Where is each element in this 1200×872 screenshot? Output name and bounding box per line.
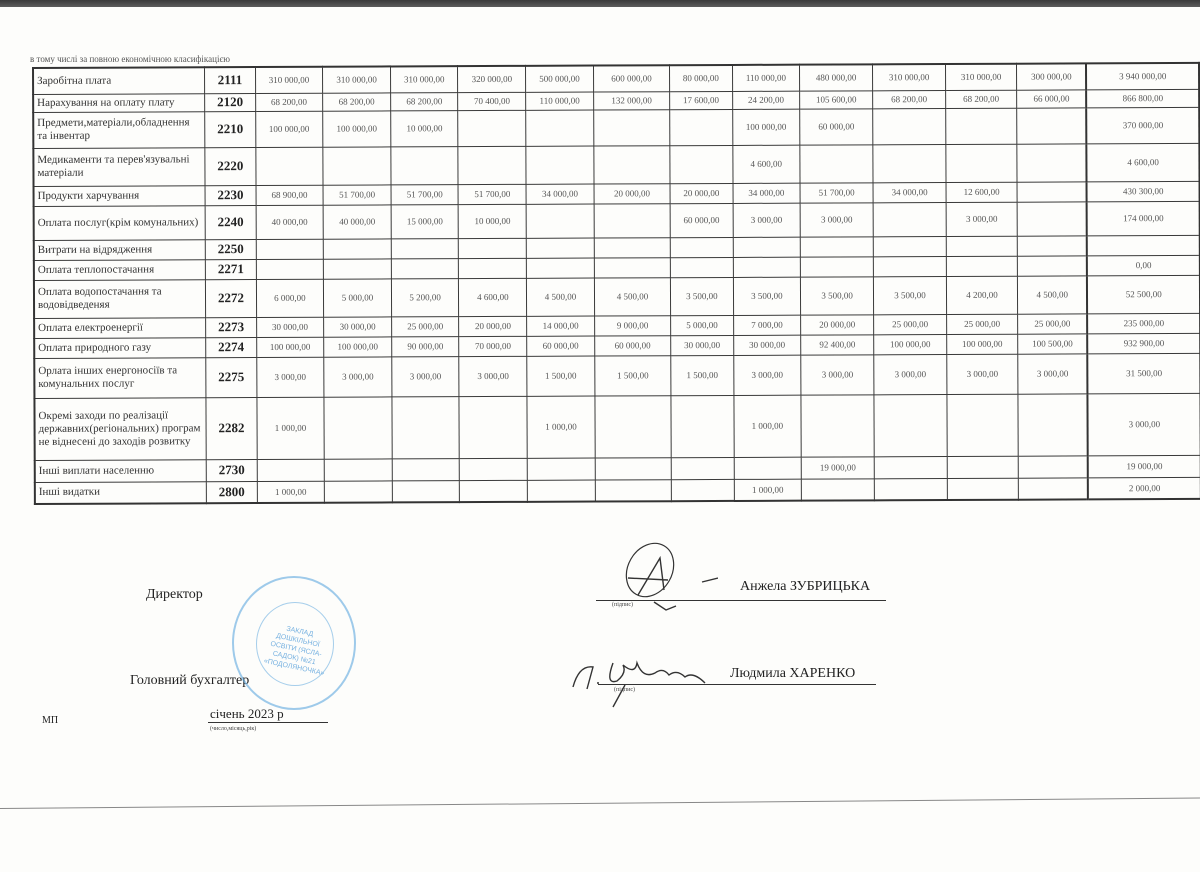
row-name: Нарахування на оплату плату (33, 93, 205, 112)
report-date: січень 2023 р (210, 706, 284, 722)
month-value-cell (458, 146, 526, 184)
month-value-cell: 132 000,00 (593, 91, 669, 109)
month-value-cell (325, 480, 393, 502)
month-value-cell (257, 459, 325, 481)
row-total: 31 500,00 (1088, 353, 1200, 393)
month-value-cell: 25 000,00 (391, 316, 459, 336)
row-code: 2282 (206, 397, 257, 459)
row-name: Предмети,матеріали,обладнення та інвента… (33, 111, 205, 148)
table-row: Інші видатки28001 000,001 000,002 000,00 (35, 477, 1200, 504)
month-value-cell: 68 200,00 (323, 92, 391, 110)
month-value-cell: 20 000,00 (594, 183, 670, 203)
table-subtitle: в тому числі за повною економічною класи… (30, 54, 230, 64)
month-value-cell: 500 000,00 (526, 66, 594, 92)
month-value-cell: 24 200,00 (732, 91, 800, 109)
month-value-cell: 68 200,00 (946, 90, 1017, 108)
row-name: Продукти харчування (34, 185, 206, 206)
month-value-cell: 310 000,00 (323, 66, 391, 92)
table-row: Окремі заходи по реалізації державних(ре… (34, 393, 1200, 460)
month-value-cell: 60 000,00 (800, 108, 873, 144)
month-value-cell: 1 500,00 (595, 355, 672, 395)
row-total: 4 600,00 (1087, 143, 1200, 181)
month-value-cell (593, 109, 670, 145)
month-value-cell: 3 500,00 (801, 276, 874, 314)
month-value-cell: 1 000,00 (733, 395, 801, 457)
row-total: 235 000,00 (1088, 313, 1200, 333)
month-value-cell: 310 000,00 (945, 64, 1016, 90)
month-value-cell: 60 000,00 (670, 203, 733, 237)
month-value-cell (595, 457, 671, 479)
month-value-cell: 6 000,00 (256, 279, 324, 317)
month-value-cell: 34 000,00 (873, 182, 946, 202)
month-value-cell (1017, 201, 1087, 235)
row-code: 2250 (206, 239, 256, 259)
stamp-inner-ring: ЗАКЛАД ДОШКІЛЬНОЇ ОСВІТИ (ЯСЛА-САДОК) №2… (256, 602, 334, 686)
month-value-cell (526, 146, 594, 184)
month-value-cell: 3 000,00 (733, 355, 801, 395)
row-code: 2275 (206, 357, 256, 397)
month-value-cell: 30 000,00 (733, 335, 801, 355)
month-value-cell (946, 256, 1017, 276)
row-name: Заробітна плата (33, 67, 205, 94)
row-total: 52 500,00 (1087, 275, 1200, 313)
month-value-cell: 3 000,00 (1018, 353, 1088, 393)
month-value-cell (256, 259, 324, 279)
month-value-cell: 100 000,00 (732, 109, 800, 145)
month-value-cell: 3 000,00 (947, 354, 1018, 394)
month-value-cell: 1 500,00 (671, 355, 734, 395)
month-value-cell: 25 000,00 (1018, 313, 1088, 333)
month-value-cell: 100 500,00 (1018, 333, 1088, 353)
month-value-cell (671, 457, 733, 479)
row-name: Окремі заходи по реалізації державних(ре… (34, 397, 206, 460)
month-value-cell: 90 000,00 (392, 336, 460, 356)
month-value-cell: 66 000,00 (1017, 89, 1087, 107)
month-value-cell (946, 108, 1017, 144)
director-title: Директор (146, 587, 203, 603)
month-value-cell: 30 000,00 (324, 316, 392, 336)
month-value-cell (391, 258, 459, 278)
month-value-cell: 80 000,00 (670, 65, 732, 91)
row-name: Оплата електроенергії (34, 317, 206, 338)
month-value-cell: 4 200,00 (946, 276, 1017, 314)
row-name: Інші видатки (35, 481, 207, 504)
month-value-cell: 100 000,00 (323, 110, 391, 146)
month-value-cell: 1 000,00 (734, 479, 802, 501)
table-row: Медикаменти та перев'язувальні матеріали… (33, 143, 1199, 186)
month-value-cell (1017, 143, 1087, 181)
month-value-cell (256, 239, 324, 259)
month-value-cell: 60 000,00 (594, 335, 670, 355)
row-total: 932 900,00 (1088, 333, 1200, 353)
month-value-cell: 25 000,00 (874, 314, 947, 334)
row-name: Інші виплати населенню (35, 459, 207, 482)
month-value-cell (594, 203, 671, 237)
table-row: Оплата послуг(крім комунальних)224040 00… (34, 201, 1200, 240)
month-value-cell: 1 500,00 (527, 356, 595, 396)
month-value-cell: 310 000,00 (873, 64, 946, 90)
row-code: 2274 (206, 337, 256, 357)
row-total: 3 940 000,00 (1086, 63, 1199, 89)
month-value-cell: 100 000,00 (256, 337, 324, 357)
month-value-cell (800, 144, 873, 182)
month-value-cell: 15 000,00 (391, 204, 459, 238)
month-value-cell: 4 500,00 (527, 278, 595, 316)
month-value-cell: 12 600,00 (946, 182, 1017, 202)
month-value-cell: 100 000,00 (324, 336, 392, 356)
month-value-cell: 1 000,00 (527, 396, 595, 458)
month-value-cell: 5 200,00 (391, 278, 459, 316)
row-code: 2240 (205, 205, 255, 239)
month-value-cell (1017, 255, 1087, 275)
accountant-title: Головний бухгалтер (130, 673, 249, 689)
director-name: Анжела ЗУБРИЦЬКА (740, 579, 870, 595)
month-value-cell: 4 600,00 (732, 145, 800, 183)
month-value-cell: 100 000,00 (255, 111, 323, 147)
month-value-cell (391, 146, 459, 184)
director-sig-caption: (підпис) (612, 602, 633, 608)
month-value-cell: 25 000,00 (947, 314, 1018, 334)
month-value-cell: 30 000,00 (671, 335, 733, 355)
month-value-cell (874, 456, 947, 478)
month-value-cell (1018, 393, 1088, 455)
month-value-cell: 100 000,00 (874, 334, 947, 354)
month-value-cell: 20 000,00 (670, 183, 732, 203)
month-value-cell (392, 480, 460, 502)
month-value-cell: 3 000,00 (324, 356, 392, 396)
row-name: Оплата теплопостачання (34, 259, 206, 280)
month-value-cell (671, 395, 734, 457)
month-value-cell: 19 000,00 (801, 456, 874, 478)
month-value-cell (946, 144, 1017, 182)
budget-table: Заробітна плата2111310 000,00310 000,003… (32, 62, 1200, 505)
month-value-cell: 110 000,00 (732, 65, 800, 91)
month-value-cell (733, 257, 801, 277)
month-value-cell (594, 257, 670, 277)
row-code: 2220 (205, 147, 255, 185)
month-value-cell (594, 237, 670, 257)
row-name: Оплата водопостачання та водовідведеняя (34, 279, 206, 318)
month-value-cell: 600 000,00 (593, 65, 670, 91)
month-value-cell: 20 000,00 (459, 316, 527, 336)
month-value-cell: 3 000,00 (801, 354, 874, 394)
month-value-cell (1018, 477, 1088, 499)
month-value-cell: 70 400,00 (458, 92, 526, 110)
month-value-cell: 5 000,00 (671, 315, 733, 335)
month-value-cell: 51 700,00 (458, 184, 526, 204)
month-value-cell: 5 000,00 (324, 278, 392, 316)
month-value-cell (800, 236, 873, 256)
row-total: 370 000,00 (1087, 107, 1200, 143)
accountant-signature (565, 645, 715, 710)
month-value-cell (526, 258, 594, 278)
month-value-cell (526, 238, 594, 258)
month-value-cell: 100 000,00 (947, 334, 1018, 354)
month-value-cell: 68 200,00 (390, 92, 458, 110)
month-value-cell: 3 500,00 (733, 277, 801, 315)
month-value-cell (801, 394, 874, 456)
month-value-cell (947, 394, 1018, 456)
month-value-cell (595, 479, 671, 501)
table-row: Оплата водопостачання та водовідведеняя2… (34, 275, 1200, 318)
month-value-cell: 20 000,00 (801, 314, 874, 334)
month-value-cell: 51 700,00 (323, 184, 391, 204)
month-value-cell (324, 396, 392, 458)
month-value-cell (458, 110, 526, 146)
month-value-cell (526, 110, 594, 146)
month-value-cell: 4 500,00 (1018, 275, 1088, 313)
month-value-cell (670, 145, 733, 183)
month-value-cell: 40 000,00 (323, 204, 391, 238)
month-value-cell (874, 478, 947, 500)
date-line (208, 722, 328, 723)
month-value-cell (947, 456, 1018, 478)
month-value-cell: 14 000,00 (527, 316, 595, 336)
month-value-cell: 60 000,00 (527, 336, 595, 356)
month-value-cell: 300 000,00 (1017, 63, 1087, 89)
month-value-cell (1017, 181, 1087, 201)
month-value-cell: 10 000,00 (459, 204, 527, 238)
mp-label: МП (42, 715, 58, 726)
month-value-cell (873, 236, 946, 256)
month-value-cell: 68 900,00 (256, 185, 324, 205)
month-value-cell: 320 000,00 (458, 66, 526, 92)
accountant-sig-line (598, 684, 876, 685)
month-value-cell (733, 237, 801, 257)
month-value-cell (459, 238, 527, 258)
month-value-cell: 7 000,00 (733, 315, 801, 335)
row-code: 2210 (205, 111, 255, 147)
month-value-cell (324, 458, 392, 480)
month-value-cell (801, 256, 874, 276)
month-value-cell: 17 600,00 (670, 91, 732, 109)
month-value-cell: 3 000,00 (256, 357, 324, 397)
month-value-cell: 110 000,00 (526, 92, 594, 110)
month-value-cell (527, 480, 595, 502)
month-value-cell: 310 000,00 (390, 66, 458, 92)
month-value-cell: 1 000,00 (257, 397, 325, 459)
month-value-cell (1017, 107, 1087, 143)
row-code: 2800 (207, 481, 257, 503)
month-value-cell (392, 396, 460, 458)
month-value-cell: 3 500,00 (671, 277, 734, 315)
row-code: 2273 (206, 317, 256, 337)
month-value-cell (595, 395, 672, 457)
row-total: 174 000,00 (1087, 201, 1200, 235)
month-value-cell (526, 204, 594, 238)
official-stamp: ЗАКЛАД ДОШКІЛЬНОЇ ОСВІТИ (ЯСЛА-САДОК) №2… (232, 576, 356, 710)
table-row: Орлата інших енергоносіїв та комунальних… (34, 353, 1200, 398)
month-value-cell: 10 000,00 (391, 110, 459, 146)
director-signature (598, 540, 718, 620)
month-value-cell (323, 238, 391, 258)
month-value-cell (459, 396, 527, 458)
month-value-cell (670, 109, 733, 145)
month-value-cell (392, 458, 460, 480)
month-value-cell (391, 238, 459, 258)
row-name: Оплата природного газу (34, 337, 206, 358)
row-code: 2230 (205, 185, 255, 205)
row-total (1087, 235, 1200, 255)
month-value-cell (1018, 455, 1088, 477)
month-value-cell: 4 500,00 (594, 277, 671, 315)
month-value-cell (527, 458, 595, 480)
row-name: Витрати на відрядження (34, 239, 206, 260)
row-total: 866 800,00 (1087, 89, 1200, 107)
month-value-cell: 480 000,00 (800, 64, 873, 90)
month-value-cell: 3 000,00 (733, 203, 801, 237)
month-value-cell (323, 146, 391, 184)
month-value-cell: 68 200,00 (255, 93, 323, 111)
row-code: 2730 (207, 459, 257, 481)
month-value-cell: 105 600,00 (800, 90, 873, 108)
row-name: Оплата послуг(крім комунальних) (34, 205, 206, 240)
month-value-cell (459, 258, 527, 278)
month-value-cell (874, 394, 947, 456)
month-value-cell (873, 108, 946, 144)
row-total: 430 300,00 (1087, 181, 1200, 201)
row-code: 2120 (205, 93, 255, 111)
month-value-cell (1017, 235, 1087, 255)
accountant-sig-caption: (підпис) (614, 687, 635, 693)
row-total: 19 000,00 (1088, 455, 1200, 477)
row-total: 0,00 (1087, 255, 1200, 275)
month-value-cell (460, 458, 528, 480)
month-value-cell (460, 480, 528, 502)
scan-bottom-line (0, 798, 1200, 809)
row-total: 2 000,00 (1088, 477, 1200, 499)
month-value-cell: 3 000,00 (459, 356, 527, 396)
row-name: Медикаменти та перев'язувальні матеріали (33, 147, 205, 186)
row-total: 3 000,00 (1088, 393, 1200, 455)
stamp-text: ЗАКЛАД ДОШКІЛЬНОЇ ОСВІТИ (ЯСЛА-САДОК) №2… (263, 621, 329, 677)
month-value-cell: 3 000,00 (800, 202, 873, 236)
month-value-cell: 9 000,00 (594, 315, 670, 335)
month-value-cell: 3 000,00 (874, 354, 947, 394)
month-value-cell: 1 000,00 (257, 481, 325, 503)
month-value-cell: 40 000,00 (256, 205, 324, 239)
month-value-cell: 68 200,00 (873, 90, 946, 108)
month-value-cell: 3 000,00 (392, 356, 460, 396)
row-code: 2272 (206, 279, 256, 317)
date-caption: (число,місяць,рік) (210, 726, 256, 732)
row-code: 2111 (205, 67, 255, 93)
month-value-cell (873, 144, 946, 182)
month-value-cell (670, 237, 732, 257)
month-value-cell: 34 000,00 (733, 183, 801, 203)
month-value-cell (873, 202, 946, 236)
month-value-cell: 70 000,00 (459, 336, 527, 356)
month-value-cell (734, 457, 802, 479)
row-name: Орлата інших енергоносіїв та комунальних… (34, 357, 206, 398)
table-row: Предмети,матеріали,обладнення та інвента… (33, 107, 1199, 148)
month-value-cell (801, 478, 874, 500)
month-value-cell (594, 145, 671, 183)
director-sig-line (596, 600, 886, 601)
row-code: 2271 (206, 259, 256, 279)
month-value-cell (947, 478, 1018, 500)
month-value-cell (670, 257, 732, 277)
accountant-name: Людмила ХАРЕНКО (730, 666, 855, 682)
scan-edge (0, 0, 1200, 7)
month-value-cell (255, 147, 323, 185)
month-value-cell (671, 479, 733, 501)
month-value-cell: 4 600,00 (459, 278, 527, 316)
month-value-cell: 3 500,00 (873, 276, 946, 314)
month-value-cell (324, 258, 392, 278)
month-value-cell: 3 000,00 (946, 202, 1017, 236)
month-value-cell: 30 000,00 (256, 317, 324, 337)
month-value-cell (873, 256, 946, 276)
month-value-cell: 51 700,00 (800, 182, 873, 202)
month-value-cell: 34 000,00 (526, 184, 594, 204)
month-value-cell (946, 236, 1017, 256)
month-value-cell: 92 400,00 (801, 334, 874, 354)
month-value-cell: 310 000,00 (255, 67, 323, 93)
month-value-cell: 51 700,00 (391, 184, 459, 204)
